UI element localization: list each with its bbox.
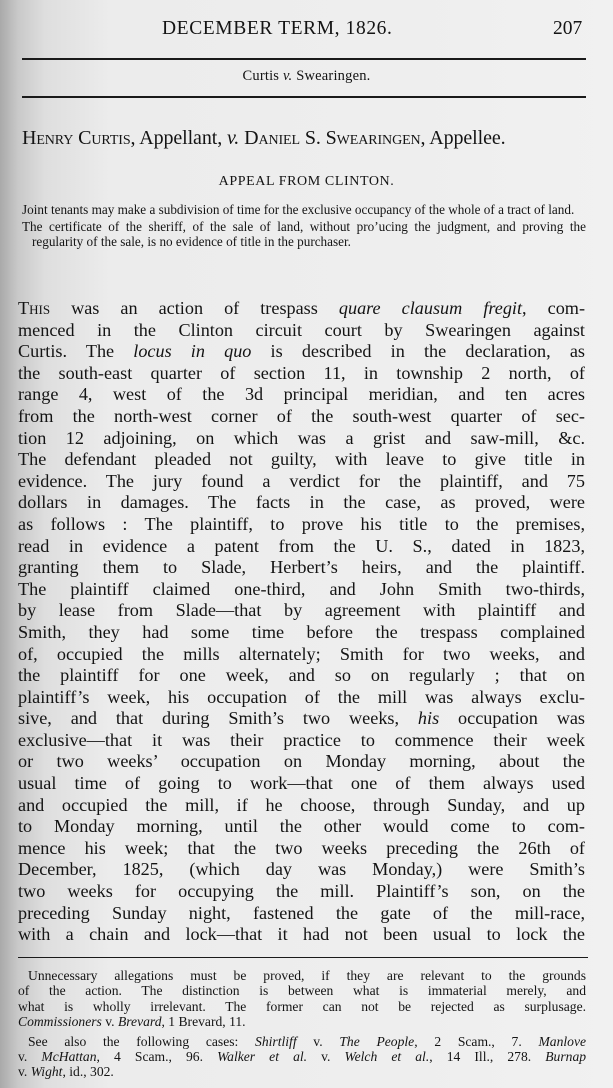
body-line: sive, and that during Smith’s two weeks,… xyxy=(18,708,585,730)
page-number: 207 xyxy=(553,18,582,40)
body-line: exclusive—that it was their practice to … xyxy=(18,730,585,752)
running-header: DECEMBER TERM, 1826. 207 xyxy=(0,14,613,44)
appellant-role: , Appellant, xyxy=(131,127,227,149)
text-run: Curtis. The xyxy=(18,341,133,361)
versus: v. xyxy=(18,1049,41,1064)
headnote: The certificate of the sheriff, of the s… xyxy=(22,220,586,249)
citation-ref: , 14 Ill., 278. xyxy=(429,1049,545,1064)
body-line: by lease from Slade—that by agreement wi… xyxy=(18,600,585,622)
body-line: The defendant pleaded not guilty, with l… xyxy=(18,449,585,471)
opinion-body: This was an action of trespass quare cla… xyxy=(18,298,585,946)
footnote-rule xyxy=(18,957,588,958)
see-also-intro: See also the following cases: xyxy=(28,1034,255,1049)
text-run: , com- xyxy=(522,298,585,318)
body-line: dollars in damages. The facts in the cas… xyxy=(18,492,585,514)
body-line: or two weeks’ occupation on Monday morni… xyxy=(18,751,585,773)
body-line: Smith, they had some time before the tre… xyxy=(18,622,585,644)
citation-ref: , 2 Scam., 7. xyxy=(414,1034,538,1049)
caption-party-b: Swearingen. xyxy=(296,68,370,84)
footnote-citation: Commissioners v. Brevard, 1 Brevard, 11. xyxy=(18,1014,586,1029)
body-line: This was an action of trespass quare cla… xyxy=(18,298,585,320)
body-line: range 4, west of the 3d principal meridi… xyxy=(18,384,585,406)
footnote-line: Unnecessary allegations must be proved, … xyxy=(18,968,586,983)
case-name: Manlove xyxy=(538,1034,586,1049)
versus: v. xyxy=(227,127,239,149)
case-caption: Curtis v. Swearingen. xyxy=(0,68,613,85)
text-run: sive, and that during Smith’s two weeks, xyxy=(18,708,418,728)
versus: v. xyxy=(307,1049,345,1064)
footnotes: Unnecessary allegations must be proved, … xyxy=(18,968,586,1080)
body-line: usual time of going to work—that one of … xyxy=(18,773,585,795)
body-line: preceding Sunday night, fastened the gat… xyxy=(18,903,585,925)
body-line: read in evidence a patent from the U. S.… xyxy=(18,536,585,558)
body-line: two weeks for occupying the mill. Plaint… xyxy=(18,881,585,903)
body-line: to Monday morning, until the other would… xyxy=(18,816,585,838)
body-line: plaintiff’s week, his occupation of the … xyxy=(18,687,585,709)
body-line: the south-east quarter of section 11, in… xyxy=(18,363,585,385)
footnote-line: of the action. The distinction is betwee… xyxy=(18,983,586,998)
body-line: Curtis. The locus in quo is described in… xyxy=(18,341,585,363)
appellee-role: , Appellee. xyxy=(421,127,506,149)
latin-phrase: locus in quo xyxy=(133,341,251,361)
latin-phrase: quare clausum fregit xyxy=(339,298,522,318)
text-run: was an action of trespass xyxy=(50,298,339,318)
appellee-name: Daniel S. Swearingen xyxy=(244,127,420,149)
body-line: with a chain and lock—that it had not be… xyxy=(18,924,585,946)
running-title: DECEMBER TERM, 1826. xyxy=(162,18,393,40)
citation-ref: , 4 Scam., 96. xyxy=(97,1049,218,1064)
citation-ref: , 1 Brevard, 11. xyxy=(162,1014,246,1029)
body-line: mence his week; that the two weeks prece… xyxy=(18,838,585,860)
appeal-heading: APPEAL FROM CLINTON. xyxy=(0,174,613,190)
headnotes: Joint tenants may make a subdivision of … xyxy=(22,203,586,252)
footnote-line: v. Wight, id., 302. xyxy=(18,1064,586,1079)
case-name: McHattan xyxy=(41,1049,96,1064)
citation-ref: , id., 302. xyxy=(62,1064,113,1079)
footnote-line: See also the following cases: Shirtliff … xyxy=(18,1034,586,1049)
header-rule-bottom xyxy=(22,96,586,98)
case-name: The People xyxy=(339,1034,414,1049)
body-line: as follows : The plaintiff, to prove his… xyxy=(18,514,585,536)
case-name: Wight xyxy=(31,1064,63,1079)
case-name: Shirtliff xyxy=(255,1034,297,1049)
case-name: Commissioners xyxy=(18,1014,102,1029)
body-line: December, 1825, (which day was Monday,) … xyxy=(18,859,585,881)
case-parties: Henry Curtis, Appellant, v. Daniel S. Sw… xyxy=(22,127,592,150)
footnote-line: what is wholly irrelevant. The former ca… xyxy=(18,999,586,1014)
appellant-name: Henry Curtis xyxy=(22,127,131,149)
body-line: tion 12 adjoining, on which was a grist … xyxy=(18,428,585,450)
footnote-line: v. McHattan, 4 Scam., 96. Walker et al. … xyxy=(18,1049,586,1064)
versus: v. xyxy=(297,1034,340,1049)
versus: v. xyxy=(102,1014,118,1029)
body-line: menced in the Clinton circuit court by S… xyxy=(18,320,585,342)
body-line: The plaintiff claimed one-third, and Joh… xyxy=(18,579,585,601)
body-line: granting them to Slade, Herbert’s heirs,… xyxy=(18,557,585,579)
body-line: of, occupied the mills alternately; Smit… xyxy=(18,644,585,666)
body-line: the plaintiff for one week, and so on re… xyxy=(18,665,585,687)
headnote: Joint tenants may make a subdivision of … xyxy=(22,203,586,217)
caption-versus: v. xyxy=(283,68,292,84)
caption-party-a: Curtis xyxy=(243,68,280,84)
body-line: evidence. The jury found a verdict for t… xyxy=(18,471,585,493)
opening-word: This xyxy=(18,298,50,318)
case-name: Welch et al. xyxy=(345,1049,430,1064)
emphasis: his xyxy=(418,708,439,728)
versus: v. xyxy=(18,1064,31,1079)
text-run: is described in the declaration, as xyxy=(251,341,585,361)
document-page: DECEMBER TERM, 1826. 207 Curtis v. Swear… xyxy=(0,0,613,1088)
body-line: and occupied the mill, if he choose, thr… xyxy=(18,795,585,817)
body-line: from the north-west corner of the south-… xyxy=(18,406,585,428)
case-name: Burnap xyxy=(545,1049,586,1064)
text-run: occupation was xyxy=(439,708,585,728)
header-rule-top xyxy=(22,58,586,60)
case-name: Walker et al. xyxy=(217,1049,307,1064)
case-name: Brevard xyxy=(118,1014,162,1029)
